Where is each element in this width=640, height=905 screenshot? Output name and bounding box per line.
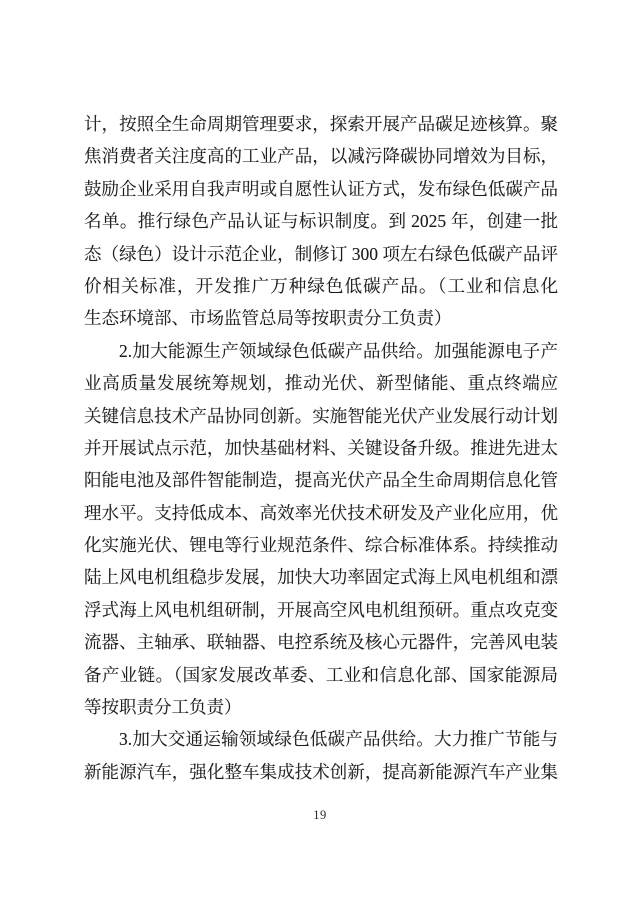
text-line: 关键信息技术产品协同创新。实施智能光伏产业发展行动计划	[84, 400, 558, 432]
text-line: 价相关标准，开发推广万种绿色低碳产品。（工业和信息化部、	[84, 270, 558, 302]
text-line: 阳能电池及部件智能制造，提高光伏产品全生命周期信息化管	[84, 464, 558, 496]
text-line: 计，按照全生命周期管理要求，探索开展产品碳足迹核算。聚	[84, 108, 558, 140]
text-line: 2.加大能源生产领域绿色低碳产品供给。加强能源电子产	[84, 335, 558, 367]
text-line: 浮式海上风电机组研制，开展高空风电机组预研。重点攻克变	[84, 594, 558, 626]
paragraph: 3.加大交通运输领域绿色低碳产品供给。大力推广节能与新能源汽车，强化整车集成技术…	[84, 723, 558, 788]
text-line: 陆上风电机组稳步发展，加快大功率固定式海上风电机组和漂	[84, 561, 558, 593]
text-line: 等按职责分工负责）	[84, 691, 558, 723]
text-line: 生态环境部、市场监管总局等按职责分工负责）	[84, 302, 558, 334]
text-line: 化实施光伏、锂电等行业规范条件、综合标准体系。持续推动	[84, 529, 558, 561]
text-line: 3.加大交通运输领域绿色低碳产品供给。大力推广节能与	[84, 723, 558, 755]
text-line: 焦消费者关注度高的工业产品，以减污降碳协同增效为目标，	[84, 140, 558, 172]
text-line: 备产业链。（国家发展改革委、工业和信息化部、国家能源局	[84, 659, 558, 691]
document-page: 计，按照全生命周期管理要求，探索开展产品碳足迹核算。聚焦消费者关注度高的工业产品…	[0, 0, 640, 905]
text-line: 理水平。支持低成本、高效率光伏技术研发及产业化应用，优	[84, 497, 558, 529]
text-line: 鼓励企业采用自我声明或自愿性认证方式，发布绿色低碳产品	[84, 173, 558, 205]
paragraph: 计，按照全生命周期管理要求，探索开展产品碳足迹核算。聚焦消费者关注度高的工业产品…	[84, 108, 558, 335]
page-number: 19	[0, 808, 640, 823]
text-line: 新能源汽车，强化整车集成技术创新，提高新能源汽车产业集	[84, 756, 558, 788]
text-line: 态（绿色）设计示范企业，制修订 300 项左右绿色低碳产品评	[84, 238, 558, 270]
paragraph: 2.加大能源生产领域绿色低碳产品供给。加强能源电子产业高质量发展统筹规划，推动光…	[84, 335, 558, 724]
document-body: 计，按照全生命周期管理要求，探索开展产品碳足迹核算。聚焦消费者关注度高的工业产品…	[84, 108, 558, 788]
text-line: 业高质量发展统筹规划，推动光伏、新型储能、重点终端应用、	[84, 367, 558, 399]
text-line: 名单。推行绿色产品认证与标识制度。到 2025 年，创建一批生	[84, 205, 558, 237]
text-line: 流器、主轴承、联轴器、电控系统及核心元器件，完善风电装	[84, 626, 558, 658]
text-line: 并开展试点示范，加快基础材料、关键设备升级。推进先进太	[84, 432, 558, 464]
